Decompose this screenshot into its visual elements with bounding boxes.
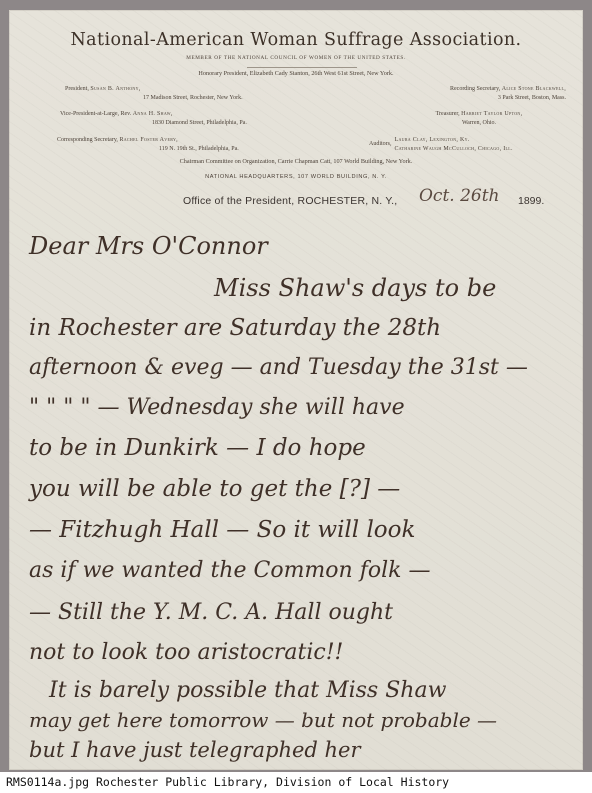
officer-name: Anna H. Shaw, <box>133 111 173 117</box>
officer-corresponding-secretary: Corresponding Secretary, Rachel Foster A… <box>57 136 239 154</box>
officer-name: Rachel Foster Avery, <box>119 137 178 143</box>
office-line: Office of the President, ROCHESTER, N. Y… <box>183 195 397 207</box>
officer-role: Treasurer, <box>436 111 460 117</box>
letter-line: in Rochester are Saturday the 28th <box>29 315 441 341</box>
letter-line: you will be able to get the [?] — <box>29 476 400 502</box>
officer-auditors: Auditors, Laura Clay, Lexington, Ky. Cat… <box>369 136 513 154</box>
officer-role: Corresponding Secretary, <box>57 137 118 143</box>
letter-line: afternoon & eveg — and Tuesday the 31st … <box>29 355 528 380</box>
officer-role: Recording Secretary, <box>450 86 500 92</box>
letter-line: to be in Dunkirk — I do hope <box>29 435 366 461</box>
letter-line: Miss Shaw's days to be <box>214 274 496 302</box>
officer-name: Susan B. Anthony, <box>90 86 140 92</box>
officer-name: Laura Clay, Lexington, Ky. <box>395 136 513 145</box>
officer-address: Warren, Ohio. <box>409 119 549 128</box>
officer-address: 17 Madison Street, Rochester, New York. <box>65 94 243 103</box>
letter-page: National-American Woman Suffrage Associa… <box>9 10 583 770</box>
letter-line: as if we wanted the Common folk — <box>29 558 430 583</box>
letter-line: " " " " — Wednesday she will have <box>29 395 405 420</box>
letter-line: may get here tomorrow — but not probable… <box>29 708 497 732</box>
scan-frame: National-American Woman Suffrage Associa… <box>0 0 592 772</box>
chairman-line: Chairman Committee on Organization, Carr… <box>9 158 583 165</box>
officer-treasurer: Treasurer, Harriet Taylor Upton, Warren,… <box>409 110 549 128</box>
image-caption: RMS0114a.jpg Rochester Public Library, D… <box>6 775 449 789</box>
headquarters-line: NATIONAL HEADQUARTERS, 107 WORLD BUILDIN… <box>9 174 583 180</box>
officer-role: President, <box>65 86 89 92</box>
letter-line: — Still the Y. M. C. A. Hall ought <box>29 600 393 625</box>
letter-line: not to look too aristocratic!! <box>29 640 343 665</box>
officer-role: Auditors, <box>369 140 392 149</box>
officer-name: Alice Stone Blackwell, <box>502 86 566 92</box>
officer-role: Vice-President-at-Large, Rev. <box>60 111 131 117</box>
officer-name: Harriet Taylor Upton, <box>461 111 522 117</box>
handwritten-date: Oct. 26th <box>419 186 500 206</box>
letter-line: It is barely possible that Miss Shaw <box>49 678 446 703</box>
officer-address: 119 N. 19th St., Philadelphia, Pa. <box>57 145 239 154</box>
officer-vice-president: Vice-President-at-Large, Rev. Anna H. Sh… <box>60 110 247 128</box>
officer-name: Catharine Waugh McCulloch, Chicago, Ill. <box>395 145 513 154</box>
letter-line: — Fitzhugh Hall — So it will look <box>29 517 415 543</box>
officer-recording-secretary: Recording Secretary, Alice Stone Blackwe… <box>384 85 566 103</box>
honorary-president-line: Honorary President, Elizabeth Cady Stant… <box>9 70 583 77</box>
officer-address: 3 Park Street, Boston, Mass. <box>384 94 566 103</box>
letterhead-divider <box>247 67 357 68</box>
officer-address: 1830 Diamond Street, Philadelphia, Pa. <box>60 119 247 128</box>
member-line: Member of the National Council of Women … <box>9 55 583 61</box>
organization-title: National-American Woman Suffrage Associa… <box>9 30 583 50</box>
printed-year: 1899. <box>518 195 544 207</box>
officer-president: President, Susan B. Anthony, 17 Madison … <box>65 85 243 103</box>
letter-line: Dear Mrs O'Connor <box>29 232 268 260</box>
letter-line: but I have just telegraphed her <box>29 738 361 762</box>
